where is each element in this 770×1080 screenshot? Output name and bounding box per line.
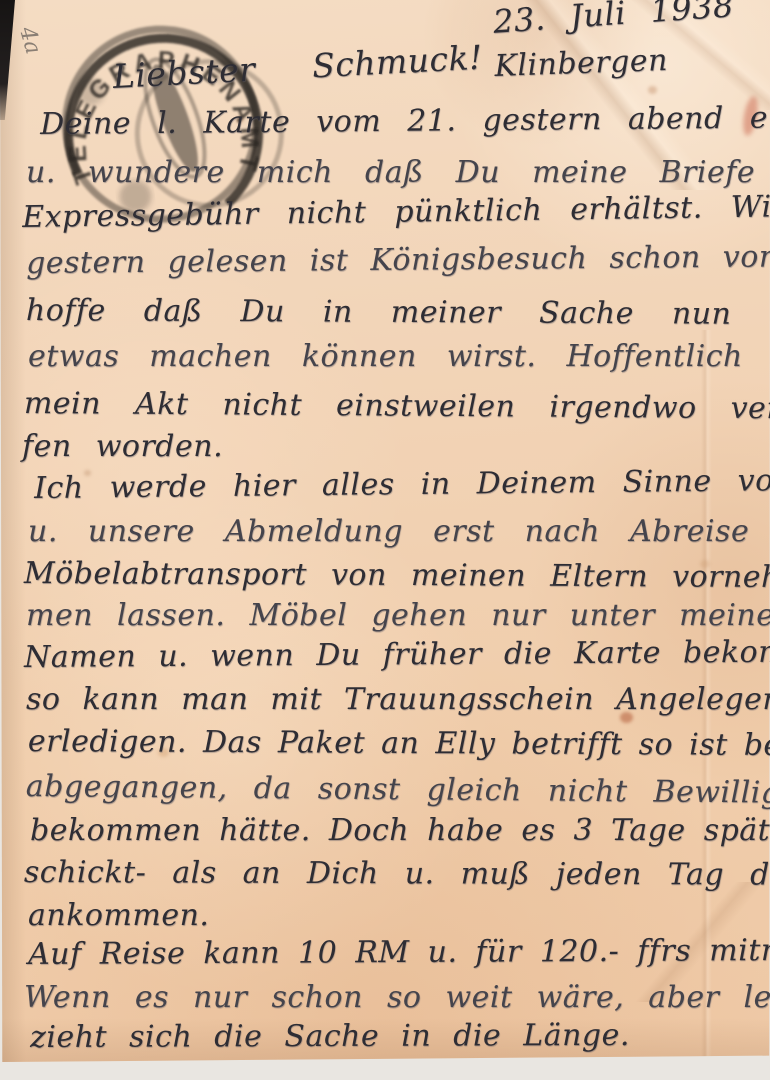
letter-line: schickt- als an Dich u. muß jeden Tag do… xyxy=(24,858,770,891)
letter-line: u. wundere mich daß Du meine Briefe trot… xyxy=(26,158,770,188)
letter-line: ankommen. xyxy=(28,901,209,931)
letter-line: Deine l. Karte vom 21. gestern abend erh… xyxy=(40,103,770,140)
letter-line: Wenn es nur schon so weit wäre, aber lei… xyxy=(24,983,770,1013)
letter-line: gestern gelesen ist Königsbesuch schon v… xyxy=(26,241,770,279)
letter-line: zieht sich die Sache in die Länge. xyxy=(30,1021,630,1053)
letter-scan: TELEGRAPHENAMT WIEN 4a 23. Juli 1938 Kli… xyxy=(0,0,770,1080)
letter-line: hoffe daß Du in meiner Sache nun doch xyxy=(26,296,770,330)
letter-line: abgegangen, da sonst gleich nicht Bewill… xyxy=(26,772,770,809)
letter-line: Auf Reise kann 10 RM u. für 120.- ffrs m… xyxy=(28,936,770,970)
letter-line: Ich werde hier alles in Deinem Sinne vor… xyxy=(34,465,770,504)
paper-edge-shade xyxy=(0,0,26,1062)
place-line: Klinbergen xyxy=(494,46,668,82)
letter-line: u. unsere Abmeldung erst nach Abreise u. xyxy=(28,517,770,547)
letter-line: mein Akt nicht einstweilen irgendwo verw… xyxy=(24,389,770,425)
letter-line: etwas machen können wirst. Hoffentlich i… xyxy=(28,342,770,372)
letter-line: fen worden. xyxy=(22,432,223,462)
letter-line: erledigen. Das Paket an Elly betrifft so… xyxy=(28,727,770,762)
letter-line: Namen u. wenn Du früher die Karte bekomm… xyxy=(24,637,770,673)
letter-line: men lassen. Möbel gehen nur unter meinem xyxy=(26,601,770,631)
letter-line: bekommen hätte. Doch habe es 3 Tage spät… xyxy=(30,816,770,846)
letter-line: Möbelabtransport von meinen Eltern vorne… xyxy=(24,559,770,593)
letter-line: so kann man mit Trauungsschein Angelegen… xyxy=(26,685,770,715)
stain-spot xyxy=(648,86,657,94)
